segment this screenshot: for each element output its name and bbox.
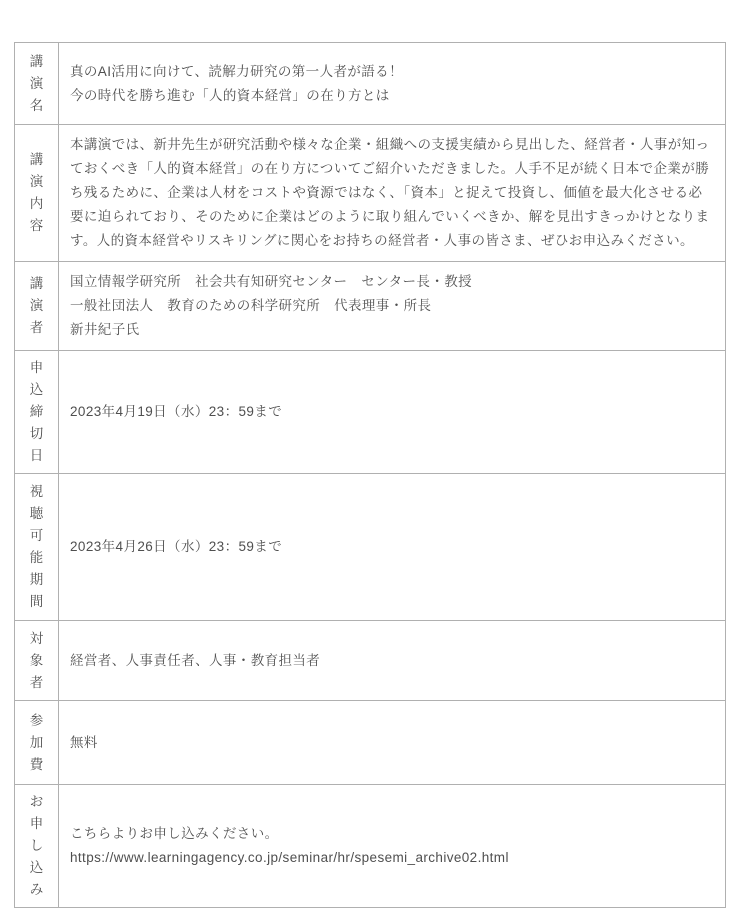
table-row-lecture-name: 講演名 真のAI活用に向けて、読解力研究の第一人者が語る！ 今の時代を勝ち進む「…	[15, 43, 726, 125]
row-content-speaker: 国立情報学研究所 社会共有知研究センター センター長・教授 一般社団法人 教育の…	[59, 262, 726, 351]
row-header-label: 視聴可能期間	[30, 481, 44, 613]
row-header-speaker: 講演者	[15, 262, 59, 351]
row-header-label: 参加費	[30, 710, 44, 776]
table-row-viewing-period: 視聴可能期間 2023年4月26日（水）23：59まで	[15, 474, 726, 621]
speaker-name: 新井紀子氏	[70, 318, 711, 342]
row-header-viewing-period: 視聴可能期間	[15, 474, 59, 621]
table-row-application: お申し込み こちらよりお申し込みください。 https://www.learni…	[15, 785, 726, 908]
row-content-viewing-period: 2023年4月26日（水）23：59まで	[59, 474, 726, 621]
viewing-period-date: 2023年4月26日（水）23：59まで	[70, 535, 711, 559]
table-row-speaker: 講演者 国立情報学研究所 社会共有知研究センター センター長・教授 一般社団法人…	[15, 262, 726, 351]
row-content-target-audience: 経営者、人事責任者、人事・教育担当者	[59, 621, 726, 701]
participation-fee-text: 無料	[70, 731, 711, 755]
row-content-application-deadline: 2023年4月19日（水）23：59まで	[59, 351, 726, 474]
speaker-affiliation-1: 国立情報学研究所 社会共有知研究センター センター長・教授	[70, 270, 711, 294]
lecture-content-text: 本講演では、新井先生が研究活動や様々な企業・組織への支援実績から見出した、経営者…	[70, 133, 711, 253]
lecture-name-line-2: 今の時代を勝ち進む「人的資本経営」の在り方とは	[70, 84, 711, 108]
row-header-application: お申し込み	[15, 785, 59, 908]
lecture-name-line-1: 真のAI活用に向けて、読解力研究の第一人者が語る！	[70, 60, 711, 84]
row-header-label: 講演内容	[30, 149, 44, 237]
row-content-application: こちらよりお申し込みください。 https://www.learningagen…	[59, 785, 726, 908]
application-url-text: https://www.learningagency.co.jp/seminar…	[70, 846, 711, 870]
row-content-participation-fee: 無料	[59, 701, 726, 785]
application-deadline-date: 2023年4月19日（水）23：59まで	[70, 400, 711, 424]
row-header-label: 講演者	[30, 273, 44, 339]
row-header-lecture-content: 講演内容	[15, 125, 59, 262]
seminar-info-table: 講演名 真のAI活用に向けて、読解力研究の第一人者が語る！ 今の時代を勝ち進む「…	[14, 42, 726, 908]
row-header-participation-fee: 参加費	[15, 701, 59, 785]
row-header-lecture-name: 講演名	[15, 43, 59, 125]
row-header-label: お申し込み	[30, 791, 44, 901]
row-content-lecture-content: 本講演では、新井先生が研究活動や様々な企業・組織への支援実績から見出した、経営者…	[59, 125, 726, 262]
table-row-participation-fee: 参加費 無料	[15, 701, 726, 785]
speaker-affiliation-2: 一般社団法人 教育のための科学研究所 代表理事・所長	[70, 294, 711, 318]
application-instruction-text: こちらよりお申し込みください。	[70, 822, 711, 846]
table-row-lecture-content: 講演内容 本講演では、新井先生が研究活動や様々な企業・組織への支援実績から見出し…	[15, 125, 726, 262]
row-header-label: 対象者	[30, 628, 44, 694]
table-row-application-deadline: 申込締切日 2023年4月19日（水）23：59まで	[15, 351, 726, 474]
row-header-label: 申込締切日	[30, 357, 44, 467]
row-header-application-deadline: 申込締切日	[15, 351, 59, 474]
target-audience-text: 経営者、人事責任者、人事・教育担当者	[70, 649, 711, 673]
row-content-lecture-name: 真のAI活用に向けて、読解力研究の第一人者が語る！ 今の時代を勝ち進む「人的資本…	[59, 43, 726, 125]
row-header-target-audience: 対象者	[15, 621, 59, 701]
table-row-target-audience: 対象者 経営者、人事責任者、人事・教育担当者	[15, 621, 726, 701]
row-header-label: 講演名	[30, 51, 44, 117]
